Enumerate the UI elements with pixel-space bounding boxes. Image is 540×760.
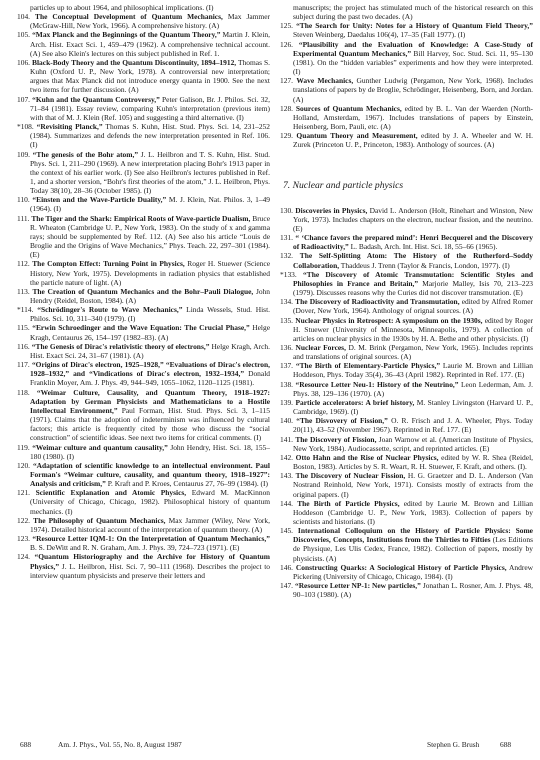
- reference-entry: 106. Black-Body Theory and the Quantum D…: [20, 58, 270, 95]
- reference-title: Nuclear Forces,: [296, 343, 346, 352]
- reference-entry: 136. Nuclear Forces, D. M. Brink (Pergam…: [283, 343, 533, 361]
- reference-entry: 142. Otto Hahn and the Rise of Nuclear P…: [283, 453, 533, 471]
- reference-number: 108.: [21, 122, 34, 131]
- reference-entry: 141. The Discovery of Fission, Joan Warn…: [283, 435, 533, 453]
- reference-entry: 118. “Weimar Culture, Causality, and Qua…: [20, 388, 270, 443]
- reference-entry: 119. “Weimar culture and quantum causali…: [20, 443, 270, 461]
- reference-number: 112.: [17, 259, 30, 268]
- reference-number: 124.: [17, 552, 30, 561]
- reference-title: Particle accelerators: A brief history,: [295, 398, 414, 407]
- reference-entry: 145. International Colloquium on the His…: [283, 526, 533, 563]
- reference-entry: 127. Wave Mechanics, Gunther Ludwig (Per…: [283, 76, 533, 103]
- reference-title: Scientific Explanation and Atomic Physic…: [36, 488, 187, 497]
- reference-number: 142.: [280, 453, 293, 462]
- reference-title: Constructing Quarks: A Sociological Hist…: [296, 563, 507, 572]
- reference-entry: 104. The Conceptual Development of Quant…: [20, 12, 270, 30]
- reference-entry: 147. “Resource Letter NP-1: New particle…: [283, 581, 533, 599]
- reference-entry: 116. “The Genesis of Dirac's relativisti…: [20, 342, 270, 360]
- reference-title: “The genesis of the Bohr atom,”: [33, 150, 138, 159]
- reference-number: 132.: [280, 251, 293, 260]
- reference-number: 116.: [17, 342, 30, 351]
- reference-entry: 105. “Max Planck and the Beginnings of t…: [20, 30, 270, 57]
- reference-number: 147.: [280, 581, 293, 590]
- reference-number: 126.: [280, 40, 293, 49]
- footer-page-number-right: 688: [500, 740, 511, 749]
- reference-title: “Resource Letter NP-1: New particles,”: [295, 581, 421, 590]
- reference-entry: 110. “Einsten and the Wave-Particle Dual…: [20, 195, 270, 213]
- reference-title: “Kuhn and the Quantum Controversy,”: [32, 95, 160, 104]
- reference-entry: 128. Sources of Quantum Mechanics, edite…: [283, 104, 533, 131]
- reference-number: 114.: [21, 305, 34, 314]
- footer-page-number-left: 688: [20, 740, 31, 749]
- right-column: manuscripts; the project has stimulated …: [283, 3, 533, 599]
- reference-number: 106.: [17, 58, 30, 67]
- reference-number: 143.: [280, 471, 293, 480]
- reference-number: 111.: [17, 214, 29, 223]
- reference-number: 138.: [280, 380, 293, 389]
- reference-title: Nuclear Physics in Retrospect: A symposi…: [295, 316, 482, 325]
- reference-title: “Revisiting Planck,”: [37, 122, 103, 131]
- reference-title: The Discovery of Radioactivity and Trans…: [295, 297, 459, 306]
- reference-title: “Schrödinger's Route to Wave Mechanics,”: [37, 305, 182, 314]
- reference-entry: 125. “The Search for Unity: Notes for a …: [283, 21, 533, 39]
- reference-details: L. Badash, Arch. Int. Hist. Sci. 18, 55–…: [349, 242, 498, 251]
- reference-entry: 109. “The genesis of the Bohr atom,” J. …: [20, 150, 270, 196]
- reference-title: The Tiger and the Shark: Empirical Roots…: [31, 214, 250, 223]
- reference-title: Quantum Theory and Measurement,: [296, 131, 417, 140]
- left-column: particles up to about 1964, and philosop…: [20, 3, 270, 580]
- reference-entry: *133. “The Discovery of Atomic Transmuta…: [283, 270, 533, 297]
- reference-details: P. Kraft and P. Kroes, Centaurus 27, 76–…: [106, 479, 268, 488]
- footer-author: Stephen G. Brush: [427, 740, 479, 749]
- reference-title: “Max Planck and the Beginnings of the Qu…: [32, 30, 220, 39]
- reference-details: Thaddeus J. Trenn (Taylor & Francis, Lon…: [339, 261, 510, 270]
- reference-title: “Einsten and the Wave-Particle Duality,”: [32, 195, 166, 204]
- reference-details: Steven Weinberg, Daedalus 106(4), 17–35 …: [293, 30, 465, 39]
- reference-title: “Resource Letter Neu-1: History of the N…: [295, 380, 458, 389]
- reference-number: 140.: [280, 416, 293, 425]
- reference-title: “The Search for Unity: Notes for a Histo…: [296, 21, 533, 30]
- reference-entry: 126. “Plausibility and the Evaluation of…: [283, 40, 533, 77]
- reference-number: 113.: [17, 287, 30, 296]
- reference-number: 139.: [280, 398, 293, 407]
- reference-details: J. L. Heilbron, Hist. Sci. 7, 90–111 (19…: [30, 562, 270, 580]
- reference-entry: *108. “Revisiting Planck,” Thomas S. Kuh…: [20, 122, 270, 149]
- reference-number: 145.: [280, 526, 293, 535]
- reference-entry: 146. Constructing Quarks: A Sociological…: [283, 563, 533, 581]
- reference-number: 125.: [280, 21, 293, 30]
- reference-entry: 137. “The Birth of Elementary-Particle P…: [283, 361, 533, 379]
- reference-entry: 131. “ ‘Chance favors the prepared mind’…: [283, 233, 533, 251]
- reference-number: 128.: [280, 104, 293, 113]
- reference-entry: 111. The Tiger and the Shark: Empirical …: [20, 214, 270, 260]
- reference-number: 119.: [17, 443, 30, 452]
- reference-entry: 138. “Resource Letter Neu-1: History of …: [283, 380, 533, 398]
- reference-title: “Erwin Schroedinger and the Wave Equatio…: [32, 323, 250, 332]
- reference-title: “Resource Letter IQM-1: On the Interpret…: [32, 534, 270, 543]
- reference-number: 141.: [280, 435, 293, 444]
- reference-title: “The Birth of Elementary-Particle Physic…: [296, 361, 440, 370]
- reference-title: Sources of Quantum Mechanics,: [296, 104, 402, 113]
- reference-entry: 144. The Birth of Particle Physics, edit…: [283, 499, 533, 526]
- reference-entry: 107. “Kuhn and the Quantum Controversy,”…: [20, 95, 270, 122]
- reference-number: 110.: [17, 195, 30, 204]
- reference-entry: 135. Nuclear Physics in Retrospect: A sy…: [283, 316, 533, 343]
- reference-title: The Conceptual Development of Quantum Me…: [35, 12, 223, 21]
- reference-number: 123.: [17, 534, 30, 543]
- reference-number: 134.: [280, 297, 293, 306]
- reference-number: 115.: [17, 323, 30, 332]
- reference-number: 122.: [17, 516, 30, 525]
- reference-title: The Creation of Quantum Mechanics and th…: [32, 287, 253, 296]
- reference-number: 127.: [280, 76, 293, 85]
- reference-title: “Weimar culture and quantum causality,”: [32, 443, 168, 452]
- reference-number: 137.: [280, 361, 293, 370]
- reference-title: The Birth of Particle Physics,: [297, 499, 399, 508]
- reference-title: “The Genesis of Dirac's relativistic the…: [32, 342, 210, 351]
- reference-details: B. S. DeWitt and R. N. Graham, Am. J. Ph…: [30, 543, 239, 552]
- reference-number: 120.: [17, 461, 30, 470]
- reference-entry: 139. Particle accelerators: A brief hist…: [283, 398, 533, 416]
- reference-title: Discoveries in Physics,: [295, 206, 367, 215]
- reference-entry: 120. “Adaptation of scientific knowledge…: [20, 461, 270, 488]
- reference-number: 118.: [17, 388, 30, 397]
- reference-entry: 129. Quantum Theory and Measurement, edi…: [283, 131, 533, 149]
- left-reference-list: 104. The Conceptual Development of Quant…: [20, 12, 270, 580]
- reference-title: Black-Body Theory and the Quantum Discon…: [32, 58, 236, 67]
- reference-entry: 140. “The Disvovery of Fission,” O. R. F…: [283, 416, 533, 434]
- reference-number: 117.: [17, 360, 30, 369]
- reference-number: 109.: [17, 150, 30, 159]
- reference-title: “Origins of Dirac's electron, 1925–1928,…: [30, 360, 270, 378]
- left-continuation-text: particles up to about 1964, and philosop…: [20, 3, 270, 12]
- reference-number: 136.: [280, 343, 293, 352]
- reference-number: 107.: [17, 95, 30, 104]
- reference-title: The Discovery of Fission,: [295, 435, 376, 444]
- reference-entry: 115. “Erwin Schroedinger and the Wave Eq…: [20, 323, 270, 341]
- reference-entry: 113. The Creation of Quantum Mechanics a…: [20, 287, 270, 305]
- reference-number: 131.: [280, 233, 293, 242]
- footer-journal-citation: Am. J. Phys., Vol. 55, No. 8, August 198…: [58, 740, 182, 749]
- reference-entry: 132. The Self-Splitting Atom: The Histor…: [283, 251, 533, 269]
- reference-entry: 134. The Discovery of Radioactivity and …: [283, 297, 533, 315]
- section-heading-nuclear-particle: 7. Nuclear and particle physics: [283, 181, 533, 190]
- reference-number: 146.: [280, 563, 293, 572]
- reference-entry: 122. The Philosophy of Quantum Mechanics…: [20, 516, 270, 534]
- reference-entry: 130. Discoveries in Physics, David L. An…: [283, 206, 533, 233]
- reference-number: 144.: [280, 499, 293, 508]
- reference-entry: 112. The Compton Effect: Turning Point i…: [20, 259, 270, 286]
- reference-entry: 143. The Discovery of Nuclear Fission, H…: [283, 471, 533, 498]
- reference-entry: 117. “Origins of Dirac's electron, 1925–…: [20, 360, 270, 387]
- reference-title: The Compton Effect: Turning Point in Phy…: [32, 259, 185, 268]
- reference-number: 129.: [280, 131, 293, 140]
- reference-number: 133.: [284, 270, 297, 279]
- reference-entry: 121. Scientific Explanation and Atomic P…: [20, 488, 270, 515]
- reference-number: 135.: [280, 316, 293, 325]
- reference-title: Otto Hahn and the Rise of Nuclear Physic…: [296, 453, 439, 462]
- reference-entry: *114. “Schrödinger's Route to Wave Mecha…: [20, 305, 270, 323]
- reference-title: “The Disvovery of Fission,”: [296, 416, 388, 425]
- reference-title: The Discovery of Nuclear Fission,: [296, 471, 406, 480]
- right-continuation-text: manuscripts; the project has stimulated …: [283, 3, 533, 21]
- reference-number: 105.: [17, 30, 30, 39]
- right-reference-list-quantum: 125. “The Search for Unity: Notes for a …: [283, 21, 533, 149]
- reference-title: Wave Mechanics,: [296, 76, 353, 85]
- reference-title: The Philosophy of Quantum Mechanics,: [33, 516, 165, 525]
- right-reference-list-nuclear: 130. Discoveries in Physics, David L. An…: [283, 206, 533, 600]
- reference-entry: 123. “Resource Letter IQM-1: On the Inte…: [20, 534, 270, 552]
- reference-number: 121.: [17, 488, 30, 497]
- page-footer: 688 Am. J. Phys., Vol. 55, No. 8, August…: [0, 740, 540, 752]
- reference-number: 104.: [17, 12, 30, 21]
- reference-number: 130.: [280, 206, 293, 215]
- reference-entry: 124. “Quantum Historiography and the Arc…: [20, 552, 270, 579]
